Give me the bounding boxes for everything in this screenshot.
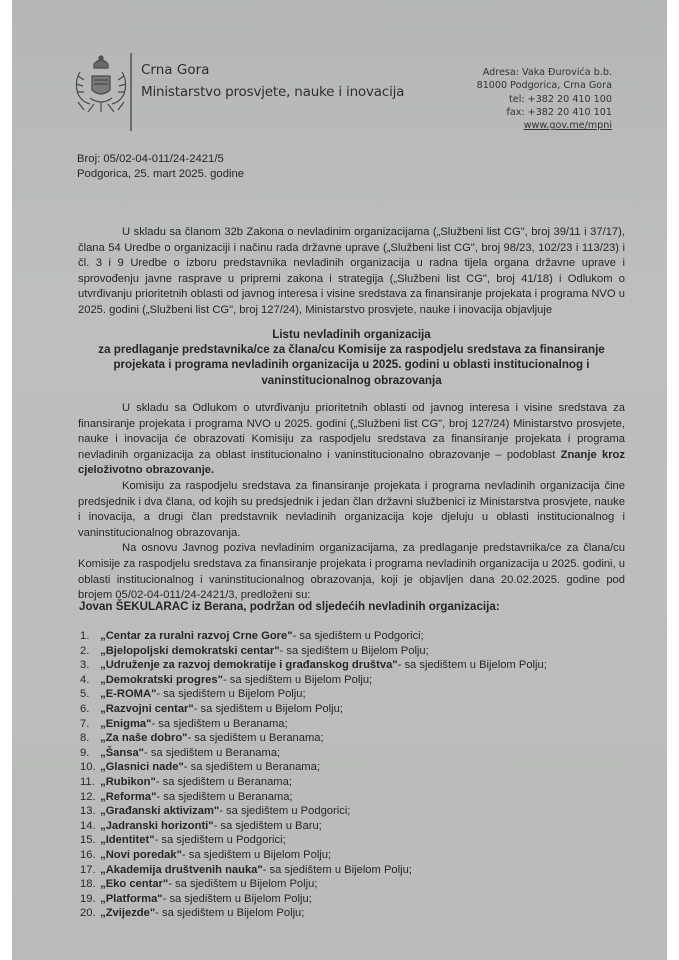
list-item: 9. „Šansa"- sa sjedištem u Beranama; <box>80 746 547 761</box>
list-item: 7. „Enigma"- sa sjedištem u Beranama; <box>80 717 547 732</box>
document-meta: Broj: 05/02-04-011/24-2421/5 Podgorica, … <box>77 152 244 182</box>
address-tel: tel: +382 20 410 100 <box>477 93 612 106</box>
list-item: 3. „Udruženje za razvoj demokratije i gr… <box>80 658 547 673</box>
list-item: 6. „Razvojni centar"- sa sjedištem u Bij… <box>80 702 547 717</box>
document-title: Listu nevladinih organizacija za predlag… <box>78 327 625 388</box>
address-street: Adresa: Vaka Đurovića b.b. <box>477 66 612 79</box>
intro-paragraph: U skladu sa članom 32b Zakona o nevladin… <box>78 225 625 319</box>
list-item: 5. „E-ROMA"- sa sjedištem u Bijelom Polj… <box>80 687 547 702</box>
list-item: 16. „Novi poredak"- sa sjedištem u Bijel… <box>80 848 547 863</box>
list-item: 12. „Reforma"- sa sjedištem u Beranama; <box>80 790 547 805</box>
list-item: 8. „Za naše dobro"- sa sjedištem u Beran… <box>80 731 547 746</box>
body-paragraphs: U skladu sa Odlukom o utvrđivanju priori… <box>78 401 625 604</box>
header-ministry: Ministarstvo prosvjete, nauke i inovacij… <box>141 84 404 100</box>
list-item: 20. „Zvijezde"- sa sjedištem u Bijelom P… <box>80 906 547 921</box>
montenegro-coat-of-arms-icon <box>72 54 130 120</box>
document-date: Podgorica, 25. mart 2025. godine <box>77 167 244 182</box>
document-number: Broj: 05/02-04-011/24-2421/5 <box>77 152 244 167</box>
address-block: Adresa: Vaka Đurovića b.b. 81000 Podgori… <box>477 66 612 132</box>
list-item: 2. „Bjelopoljski demokratski centar"- sa… <box>80 644 547 659</box>
title-line-1: Listu nevladinih organizacija <box>78 327 625 342</box>
list-item: 11. „Rubikon"- sa sjedištem u Beranama; <box>80 775 547 790</box>
document-page: Crna Gora Ministarstvo prosvjete, nauke … <box>12 0 667 960</box>
paragraph-commission-text: U skladu sa Odlukom o utvrđivanju priori… <box>78 402 625 461</box>
list-item: 19. „Platforma"- sa sjedištem u Bijelom … <box>80 892 547 907</box>
candidate-heading: Jovan ŠEKULARAC iz Berana, podržan od sl… <box>79 600 500 613</box>
header-divider <box>130 53 132 131</box>
list-item: 13. „Građanski aktivizam"- sa sjedištem … <box>80 804 547 819</box>
organization-list: 1. „Centar za ruralni razvoj Crne Gore"-… <box>80 629 547 921</box>
header-country: Crna Gora <box>141 62 209 78</box>
website-link[interactable]: www.gov.me/mpni <box>477 119 612 132</box>
address-fax: fax: +382 20 410 101 <box>477 106 612 119</box>
list-item: 1. „Centar za ruralni razvoj Crne Gore"-… <box>80 629 547 644</box>
paragraph-composition: Komisiju za raspodjelu sredstava za fina… <box>78 479 625 541</box>
list-item: 18. „Eko centar"- sa sjedištem u Bijelom… <box>80 877 547 892</box>
list-item: 17. „Akademija društvenih nauka"- sa sje… <box>80 863 547 878</box>
list-item: 14. „Jadranski horizonti"- sa sjedištem … <box>80 819 547 834</box>
list-item: 10. „Glasnici nade"- sa sjedištem u Bera… <box>80 760 547 775</box>
address-city: 81000 Podgorica, Crna Gora <box>477 79 612 92</box>
list-item: 4. „Demokratski progres"- sa sjedištem u… <box>80 673 547 688</box>
title-line-2: za predlaganje predstavnika/ce za člana/… <box>78 342 625 388</box>
list-item: 15. „Identitet"- sa sjedištem u Podgoric… <box>80 833 547 848</box>
paragraph-public-call: Na osnovu Javnog poziva nevladinim organ… <box>78 541 625 603</box>
paragraph-commission: U skladu sa Odlukom o utvrđivanju priori… <box>78 401 625 479</box>
